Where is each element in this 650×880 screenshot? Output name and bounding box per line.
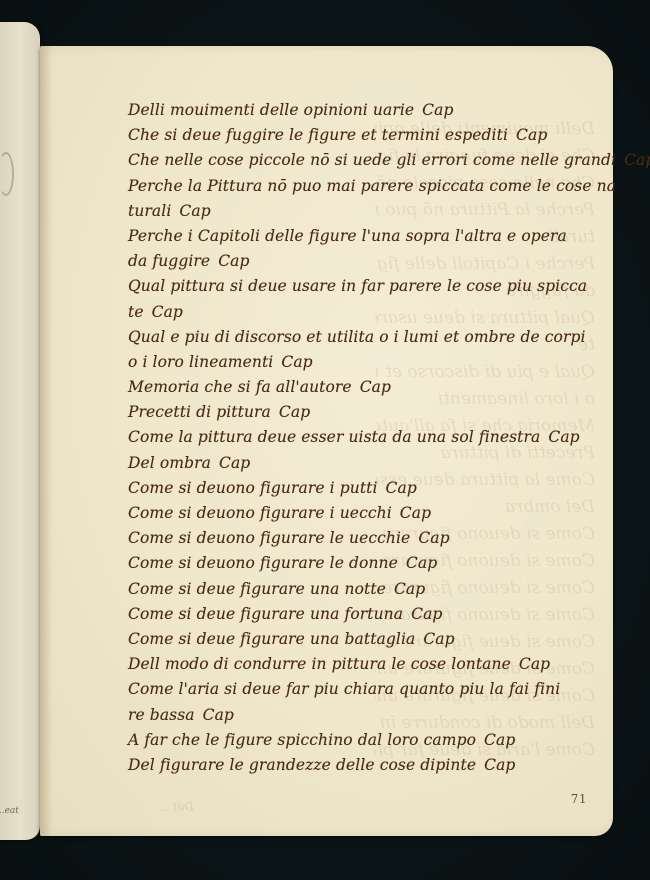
entry-text: Del figurare le grandezze delle cose dip… xyxy=(128,756,476,774)
cap-marker: Cap xyxy=(406,554,437,572)
entry-text: turali xyxy=(128,202,171,220)
cap-marker: Cap xyxy=(394,580,425,598)
folio-number: 71 xyxy=(571,792,587,806)
cap-marker: Cap xyxy=(400,504,431,522)
toc-entry: Come l'aria si deue far piu chiara quant… xyxy=(128,677,598,702)
toc-entry: Come si deue figurare una notteCap xyxy=(128,577,598,602)
previous-leaf-edge: ...eat xyxy=(0,22,40,840)
cap-marker: Cap xyxy=(484,756,515,774)
cap-marker: Cap xyxy=(219,454,250,472)
entry-text: Come si deuono figurare i putti xyxy=(128,479,378,497)
cap-marker: Cap xyxy=(423,630,454,648)
entry-text: o i loro lineamenti xyxy=(128,353,273,371)
toc-entry: Come si deuono figurare i uecchiCap xyxy=(128,501,598,526)
entry-text: Come si deue figurare una notte xyxy=(128,580,386,598)
toc-entry: A far che le figure spicchino dal loro c… xyxy=(128,728,598,753)
cap-marker: Cap xyxy=(218,252,249,270)
toc-entry: da fuggireCap xyxy=(128,249,598,274)
bleed-through-footer: Del ... xyxy=(158,800,194,814)
entry-text: Dell modo di condurre in pittura le cose… xyxy=(128,655,511,673)
entry-text: Come si deue figurare una fortuna xyxy=(128,605,403,623)
entry-text: Delli mouimenti delle opinioni uarie xyxy=(128,101,414,119)
toc-entry: Delli mouimenti delle opinioni uarieCap xyxy=(128,98,598,123)
ink-flourish-mark xyxy=(0,152,14,196)
entry-text: Come si deue figurare una battaglia xyxy=(128,630,415,648)
cap-marker: Cap xyxy=(179,202,210,220)
entry-text: Qual pittura si deue usare in far parere… xyxy=(128,277,587,295)
toc-entry: re bassaCap xyxy=(128,703,598,728)
toc-entry: teCap xyxy=(128,300,598,325)
entry-text: Come si deuono figurare le uecchie xyxy=(128,529,410,547)
toc-entry: Che si deue fuggire le figure et termini… xyxy=(128,123,598,148)
entry-text: Perche i Capitoli delle figure l'una sop… xyxy=(128,227,567,245)
cap-marker: Cap xyxy=(418,529,449,547)
cap-marker: Cap xyxy=(519,655,550,673)
entry-text: Come la pittura deue esser uista da una … xyxy=(128,428,540,446)
cap-marker: Cap xyxy=(484,731,515,749)
cap-marker: Cap xyxy=(411,605,442,623)
toc-entry: Come si deue figurare una battagliaCap xyxy=(128,627,598,652)
cap-marker: Cap xyxy=(279,403,310,421)
toc-entry: Precetti di pitturaCap xyxy=(128,400,598,425)
cap-marker: Cap xyxy=(422,101,453,119)
toc-entry: turaliCap xyxy=(128,199,598,224)
toc-entry: Qual pittura si deue usare in far parere… xyxy=(128,274,598,299)
toc-entry: Dell modo di condurre in pittura le cose… xyxy=(128,652,598,677)
toc-entry: Come si deuono figurare le uecchieCap xyxy=(128,526,598,551)
entry-text: Che si deue fuggire le figure et termini… xyxy=(128,126,508,144)
toc-entry: Come si deuono figurare i puttiCap xyxy=(128,476,598,501)
cap-marker: Cap xyxy=(548,428,579,446)
toc-entry: Perche la Pittura nō puo mai parere spic… xyxy=(128,174,598,199)
entry-text: Qual e piu di discorso et utilita o i lu… xyxy=(128,328,586,346)
entry-text: Memoria che si fa all'autore xyxy=(128,378,352,396)
toc-entry: o i loro lineamentiCap xyxy=(128,350,598,375)
toc-entry: Del ombraCap xyxy=(128,451,598,476)
previous-leaf-fragment: ...eat xyxy=(0,806,19,816)
manuscript-scan: ...eat Delli mouimenti delle opinioni ua… xyxy=(0,0,650,880)
toc-entry: Che nelle cose piccole nō si uede gli er… xyxy=(128,148,598,173)
entry-text: re bassa xyxy=(128,706,195,724)
entry-text: Come l'aria si deue far piu chiara quant… xyxy=(128,680,560,698)
cap-marker: Cap xyxy=(281,353,312,371)
cap-marker: Cap xyxy=(360,378,391,396)
toc-entry: Come si deuono figurare le donneCap xyxy=(128,551,598,576)
entry-text: te xyxy=(128,303,144,321)
toc-entry: Qual e piu di discorso et utilita o i lu… xyxy=(128,325,598,350)
table-of-contents-list: Delli mouimenti delle opinioni uarieCap … xyxy=(128,98,598,778)
entry-text: Come si deuono figurare i uecchi xyxy=(128,504,392,522)
cap-marker: Cap xyxy=(386,479,417,497)
entry-text: A far che le figure spicchino dal loro c… xyxy=(128,731,476,749)
toc-entry: Perche i Capitoli delle figure l'una sop… xyxy=(128,224,598,249)
cap-marker: Cap xyxy=(624,151,650,169)
entry-text: Come si deuono figurare le donne xyxy=(128,554,398,572)
toc-entry: Come la pittura deue esser uista da una … xyxy=(128,425,598,450)
entry-text: Del ombra xyxy=(128,454,211,472)
toc-entry: Come si deue figurare una fortunaCap xyxy=(128,602,598,627)
cap-marker: Cap xyxy=(152,303,183,321)
manuscript-page: Delli mouimenti delle opinioni uarieChe … xyxy=(40,46,613,836)
cap-marker: Cap xyxy=(516,126,547,144)
entry-text: da fuggire xyxy=(128,252,210,270)
cap-marker: Cap xyxy=(203,706,234,724)
entry-text: Perche la Pittura nō puo mai parere spic… xyxy=(128,177,616,195)
entry-text: Che nelle cose piccole nō si uede gli er… xyxy=(128,151,616,169)
toc-entry: Del figurare le grandezze delle cose dip… xyxy=(128,753,598,778)
toc-entry: Memoria che si fa all'autoreCap xyxy=(128,375,598,400)
entry-text: Precetti di pittura xyxy=(128,403,271,421)
